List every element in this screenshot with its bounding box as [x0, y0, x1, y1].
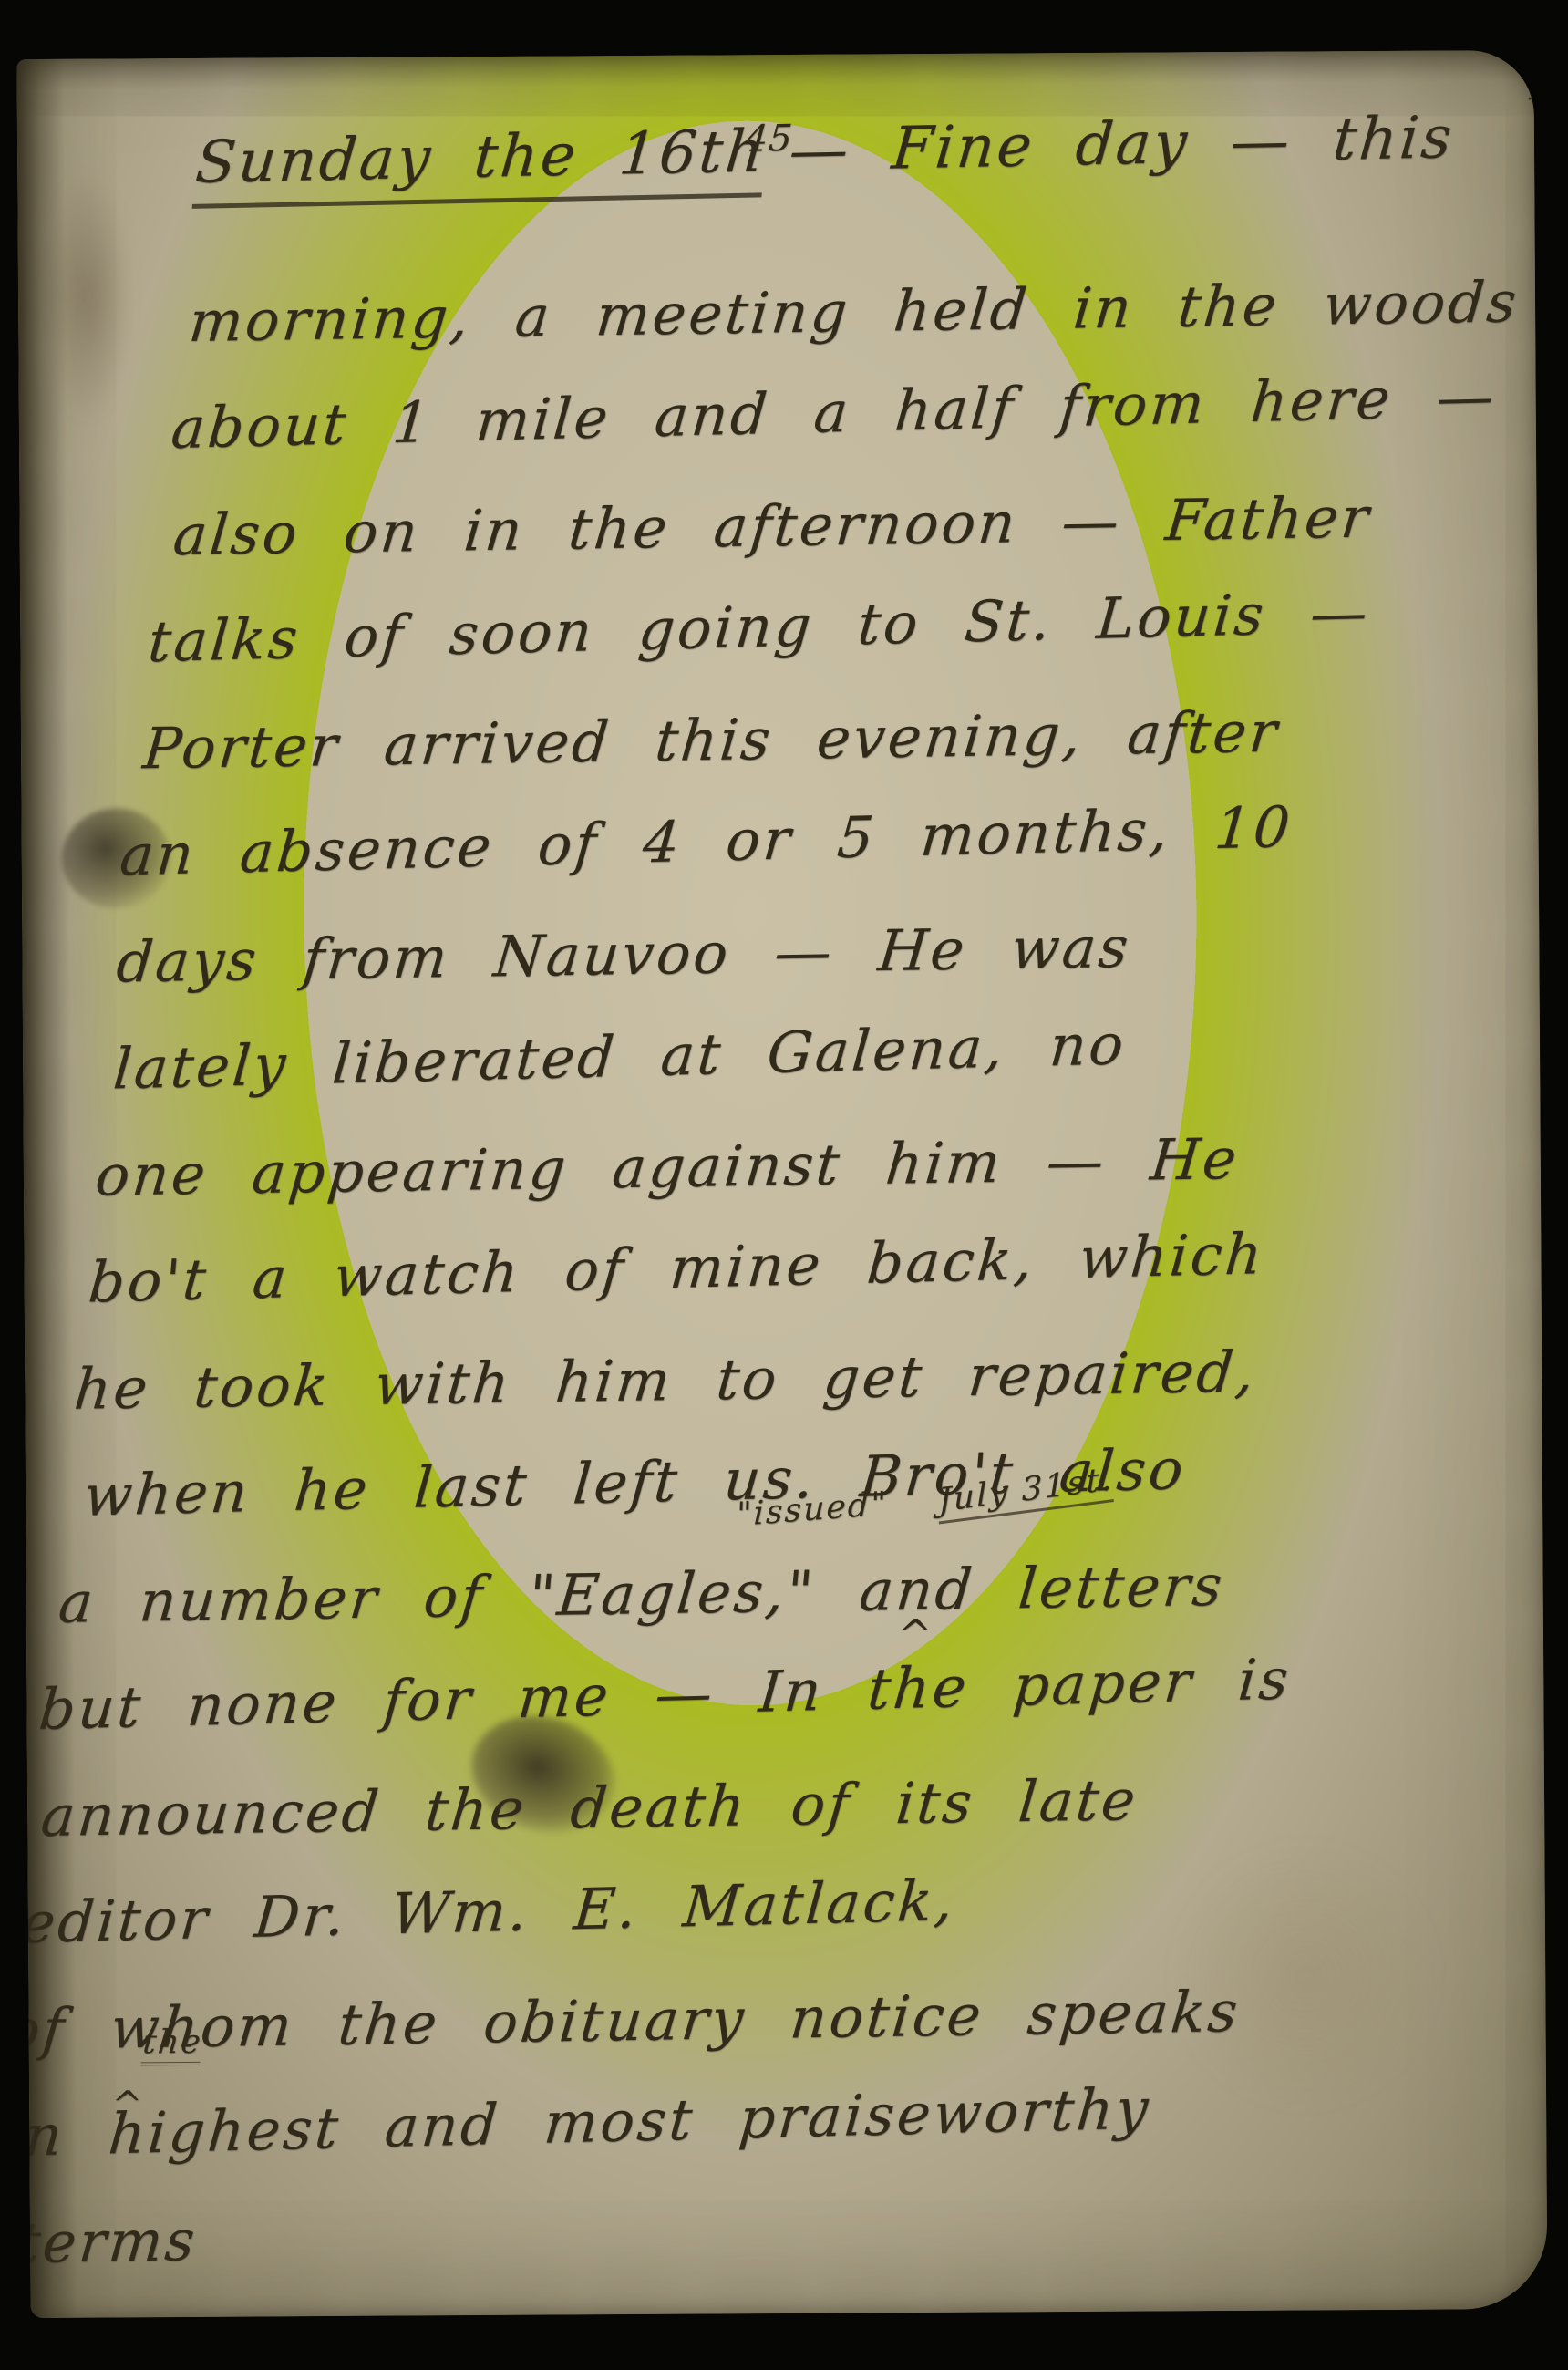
- manuscript-content: Sunday the 16th— Fine day — this 45 D+ S…: [16, 86, 1547, 2309]
- diary-page: Sunday the 16th— Fine day — this 45 D+ S…: [16, 50, 1547, 2318]
- insertion-the-caret-icon: ^: [109, 2088, 145, 2121]
- margin-mark-1: D+: [1522, 50, 1547, 107]
- year-superscript: 45: [738, 70, 799, 208]
- insertion-caret-icon: ^: [896, 1619, 934, 1651]
- corner-stain: [41, 168, 134, 424]
- entry-heading: Sunday the 16th— Fine day — this 45 D+ S…: [190, 66, 1547, 232]
- entry-heading-rest: — Fine day — this: [763, 104, 1457, 185]
- manuscript-line: terms: [16, 2168, 1427, 2296]
- margin-marks: D+ SD+: [1517, 50, 1548, 172]
- manuscript-lines: morning, a meeting held in the woodsabou…: [16, 259, 1547, 2296]
- interlinear-the: the: [140, 2026, 203, 2065]
- entry-date: Sunday the 16th: [192, 118, 769, 209]
- photo-background: Sunday the 16th— Fine day — this 45 D+ S…: [0, 0, 1568, 2370]
- margin-mark-2: SD+: [1529, 119, 1547, 181]
